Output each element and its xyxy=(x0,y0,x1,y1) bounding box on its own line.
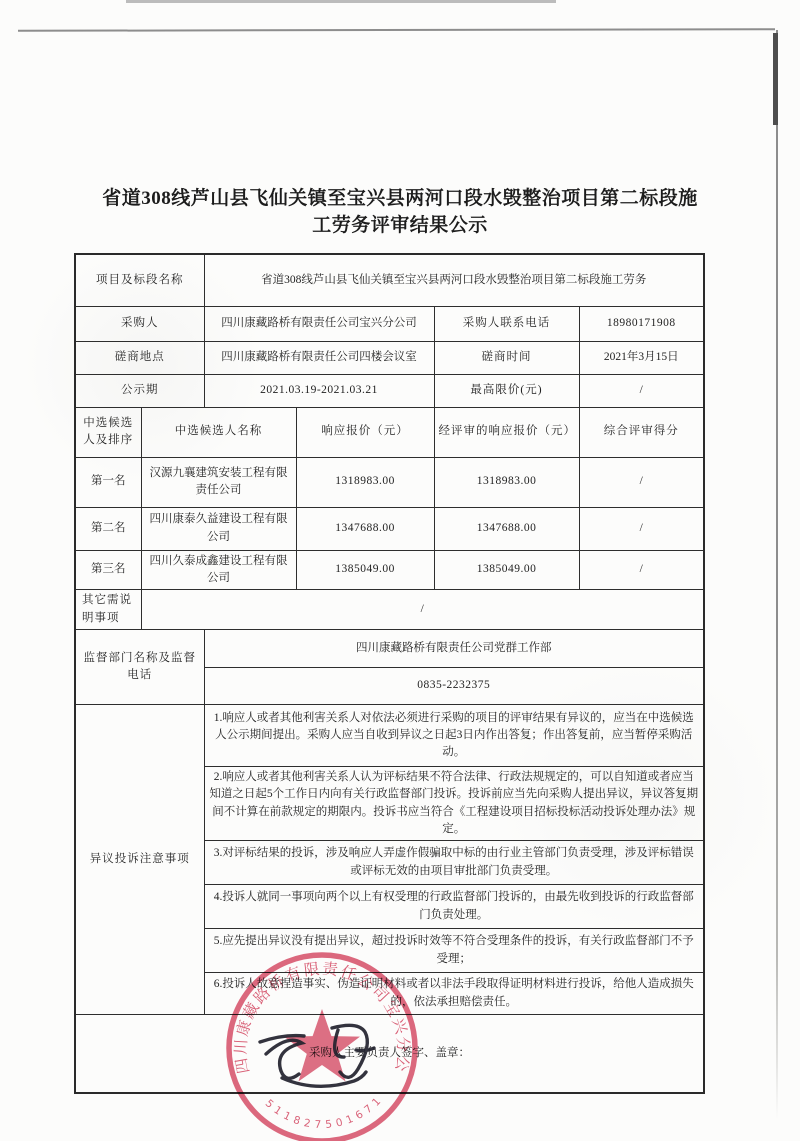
venue-time-value: 2021年3月15日 xyxy=(579,341,704,374)
purchaser-phone-value: 18980171908 xyxy=(579,306,704,341)
candidate-reviewed-price: 1385049.00 xyxy=(434,550,579,590)
max-price-label: 最高限价(元) xyxy=(434,374,579,407)
supervision-phone: 0835-2232375 xyxy=(204,668,704,705)
row-signature: 采购人主要负责人签字、盖章： xyxy=(75,1015,704,1093)
row-purchaser: 采购人 四川康藏路桥有限责任公司宝兴分公司 采购人联系电话 1898017190… xyxy=(75,306,704,341)
scan-artifact-top-line xyxy=(18,28,775,32)
venue-label: 磋商地点 xyxy=(75,341,204,374)
objection-item-2: 2.响应人或者其他利害关系人认为评标结果不符合法律、行政法规规定的，可以自知道或… xyxy=(204,767,704,841)
candidate-price: 1385049.00 xyxy=(296,550,434,590)
candidates-header-row: 中选候选人及排序 中选候选人名称 响应报价（元） 经评审的响应报价（元） 综合评… xyxy=(75,407,704,457)
candidate-rank: 第三名 xyxy=(75,550,141,590)
row-publicity: 公示期 2021.03.19-2021.03.21 最高限价(元) / xyxy=(75,374,704,407)
supervision-department: 四川康藏路桥有限责任公司党群工作部 xyxy=(204,630,704,668)
scanned-page: 省道308线芦山县飞仙关镇至宝兴县两河口段水毁整治项目第二标段施工劳务评审结果公… xyxy=(0,0,800,1141)
candidate-rank: 第一名 xyxy=(75,457,141,507)
purchaser-value: 四川康藏路桥有限责任公司宝兴分公司 xyxy=(204,306,434,341)
objection-label: 异议投诉注意事项 xyxy=(75,705,204,1015)
candidate-score: / xyxy=(579,550,704,590)
candidate-name: 四川康泰久益建设工程有限公司 xyxy=(141,507,296,550)
candidate-row: 第三名 四川久泰成鑫建设工程有限公司 1385049.00 1385049.00… xyxy=(75,550,704,590)
other-notes-value: / xyxy=(141,590,704,630)
row-project: 项目及标段名称 省道308线芦山县飞仙关镇至宝兴县两河口段水毁整治项目第二标段施… xyxy=(75,254,704,306)
header-reviewed-price: 经评审的响应报价（元） xyxy=(434,407,579,457)
other-notes-label: 其它需说明事项 xyxy=(75,590,141,630)
objection-item-1: 1.响应人或者其他利害关系人对依法必须进行采购的项目的评审结果有异议的，应当在中… xyxy=(204,705,704,767)
project-value: 省道308线芦山县飞仙关镇至宝兴县两河口段水毁整治项目第二标段施工劳务 xyxy=(204,254,704,306)
row-supervision-dept: 监督部门名称及监督电话 四川康藏路桥有限责任公司党群工作部 xyxy=(75,630,704,668)
scan-artifact-right-line xyxy=(776,30,778,1120)
candidate-score: / xyxy=(579,507,704,550)
venue-value: 四川康藏路桥有限责任公司四楼会议室 xyxy=(204,341,434,374)
scan-artifact-top-edge xyxy=(126,0,556,3)
objection-item-4: 4.投诉人就同一事项向两个以上有权受理的行政监督部门投诉的，由最先收到投诉的行政… xyxy=(204,885,704,929)
purchaser-phone-label: 采购人联系电话 xyxy=(434,306,579,341)
candidate-row: 第一名 汉源九襄建筑安装工程有限责任公司 1318983.00 1318983.… xyxy=(75,457,704,507)
purchaser-label: 采购人 xyxy=(75,306,204,341)
row-venue: 磋商地点 四川康藏路桥有限责任公司四楼会议室 磋商时间 2021年3月15日 xyxy=(75,341,704,374)
scan-artifact-right-corner xyxy=(773,33,778,125)
row-objection-1: 异议投诉注意事项 1.响应人或者其他利害关系人对依法必须进行采购的项目的评审结果… xyxy=(75,705,704,767)
project-label: 项目及标段名称 xyxy=(75,254,204,306)
objection-item-6: 6.投诉人故意捏造事实、伪造证明材料或者以非法手段取得证明材料进行投诉，给他人造… xyxy=(204,973,704,1015)
candidate-name: 汉源九襄建筑安装工程有限责任公司 xyxy=(141,457,296,507)
candidate-price: 1347688.00 xyxy=(296,507,434,550)
supervision-label: 监督部门名称及监督电话 xyxy=(75,630,204,705)
objection-item-5: 5.应先提出异议没有提出异议，超过投诉时效等不符合受理条件的投诉，有关行政监督部… xyxy=(204,929,704,973)
candidate-price: 1318983.00 xyxy=(296,457,434,507)
header-rank: 中选候选人及排序 xyxy=(75,407,141,457)
header-score: 综合评审得分 xyxy=(579,407,704,457)
objection-item-3: 3.对评标结果的投诉，涉及响应人弄虚作假骗取中标的由行业主管部门负责受理，涉及评… xyxy=(204,841,704,885)
header-price: 响应报价（元） xyxy=(296,407,434,457)
publicity-label: 公示期 xyxy=(75,374,204,407)
candidate-name: 四川久泰成鑫建设工程有限公司 xyxy=(141,550,296,590)
notice-table: 项目及标段名称 省道308线芦山县飞仙关镇至宝兴县两河口段水毁整治项目第二标段施… xyxy=(74,253,705,1094)
candidate-reviewed-price: 1347688.00 xyxy=(434,507,579,550)
candidate-row: 第二名 四川康泰久益建设工程有限公司 1347688.00 1347688.00… xyxy=(75,507,704,550)
header-name: 中选候选人名称 xyxy=(141,407,296,457)
max-price-value: / xyxy=(579,374,704,407)
candidate-rank: 第二名 xyxy=(75,507,141,550)
candidate-reviewed-price: 1318983.00 xyxy=(434,457,579,507)
row-other-notes: 其它需说明事项 / xyxy=(75,590,704,630)
publicity-value: 2021.03.19-2021.03.21 xyxy=(204,374,434,407)
document-title: 省道308线芦山县飞仙关镇至宝兴县两河口段水毁整治项目第二标段施工劳务评审结果公… xyxy=(97,186,703,240)
venue-time-label: 磋商时间 xyxy=(434,341,579,374)
candidate-score: / xyxy=(579,457,704,507)
signature-label: 采购人主要负责人签字、盖章： xyxy=(75,1015,704,1093)
